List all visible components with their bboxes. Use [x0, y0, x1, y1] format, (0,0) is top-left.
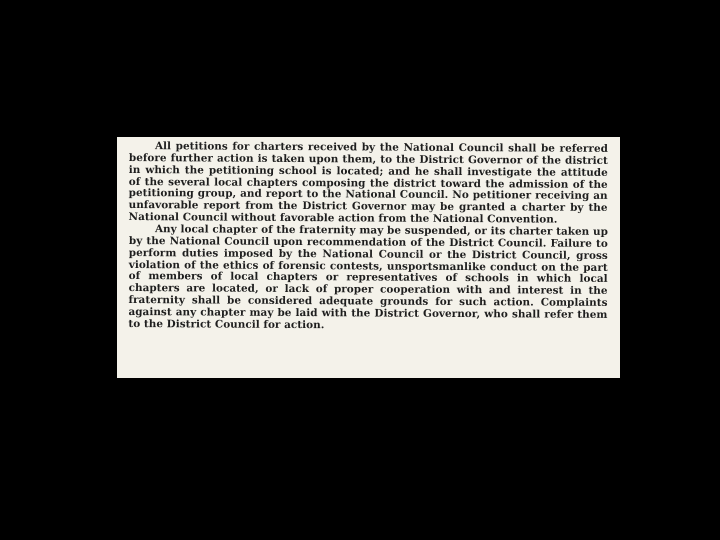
paragraph-petitions: All petitions for charters received by t… [128, 141, 607, 227]
document-clipping: All petitions for charters received by t… [117, 137, 620, 378]
paragraph-suspension: Any local chapter of the fraternity may … [128, 224, 608, 334]
